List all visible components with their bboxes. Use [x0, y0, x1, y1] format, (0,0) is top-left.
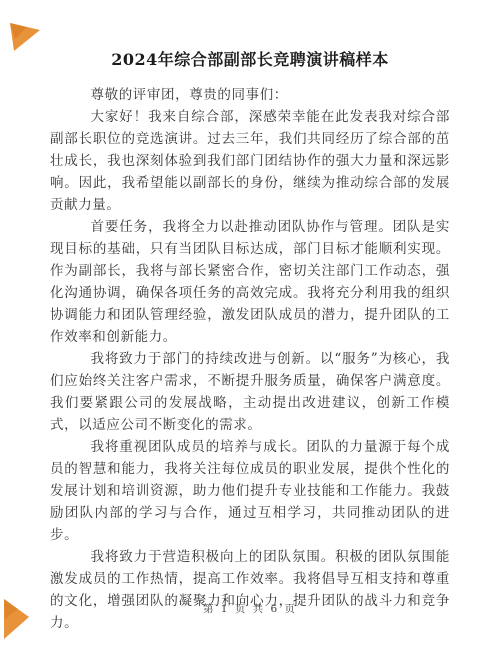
paragraph-growth: 我将重视团队成员的培养与成长。团队的力量源于每个成员的智慧和能力，我将关注每位成…: [50, 436, 450, 546]
page-number-footer: 第 1 页 共 6 页: [0, 601, 500, 616]
paragraph-innovation: 我将致力于部门的持续改进与创新。以“服务”为核心，我们应始终关注客户需求，不断提…: [50, 348, 450, 436]
paragraph-teamwork: 首要任务，我将全力以赴推动团队协作与管理。团队是实现目标的基础，只有当团队目标达…: [50, 216, 450, 348]
document-title: 2024年综合部副部长竞聘演讲稿样本: [0, 48, 500, 72]
paragraph-intro: 大家好！我来自综合部，深感荣幸能在此发表我对综合部副部长职位的竞选演讲。过去三年…: [50, 106, 450, 216]
document-body: 尊敬的评审团，尊贵的同事们： 大家好！我来自综合部，深感荣幸能在此发表我对综合部…: [50, 84, 450, 634]
document-page: 2024年综合部副部长竞聘演讲稿样本 尊敬的评审团，尊贵的同事们： 大家好！我来…: [0, 0, 500, 647]
paragraph-atmosphere: 我将致力于营造积极向上的团队氛围。积极的团队氛围能激发成员的工作热情，提高工作效…: [50, 546, 450, 634]
salutation-line: 尊敬的评审团，尊贵的同事们：: [50, 84, 450, 106]
